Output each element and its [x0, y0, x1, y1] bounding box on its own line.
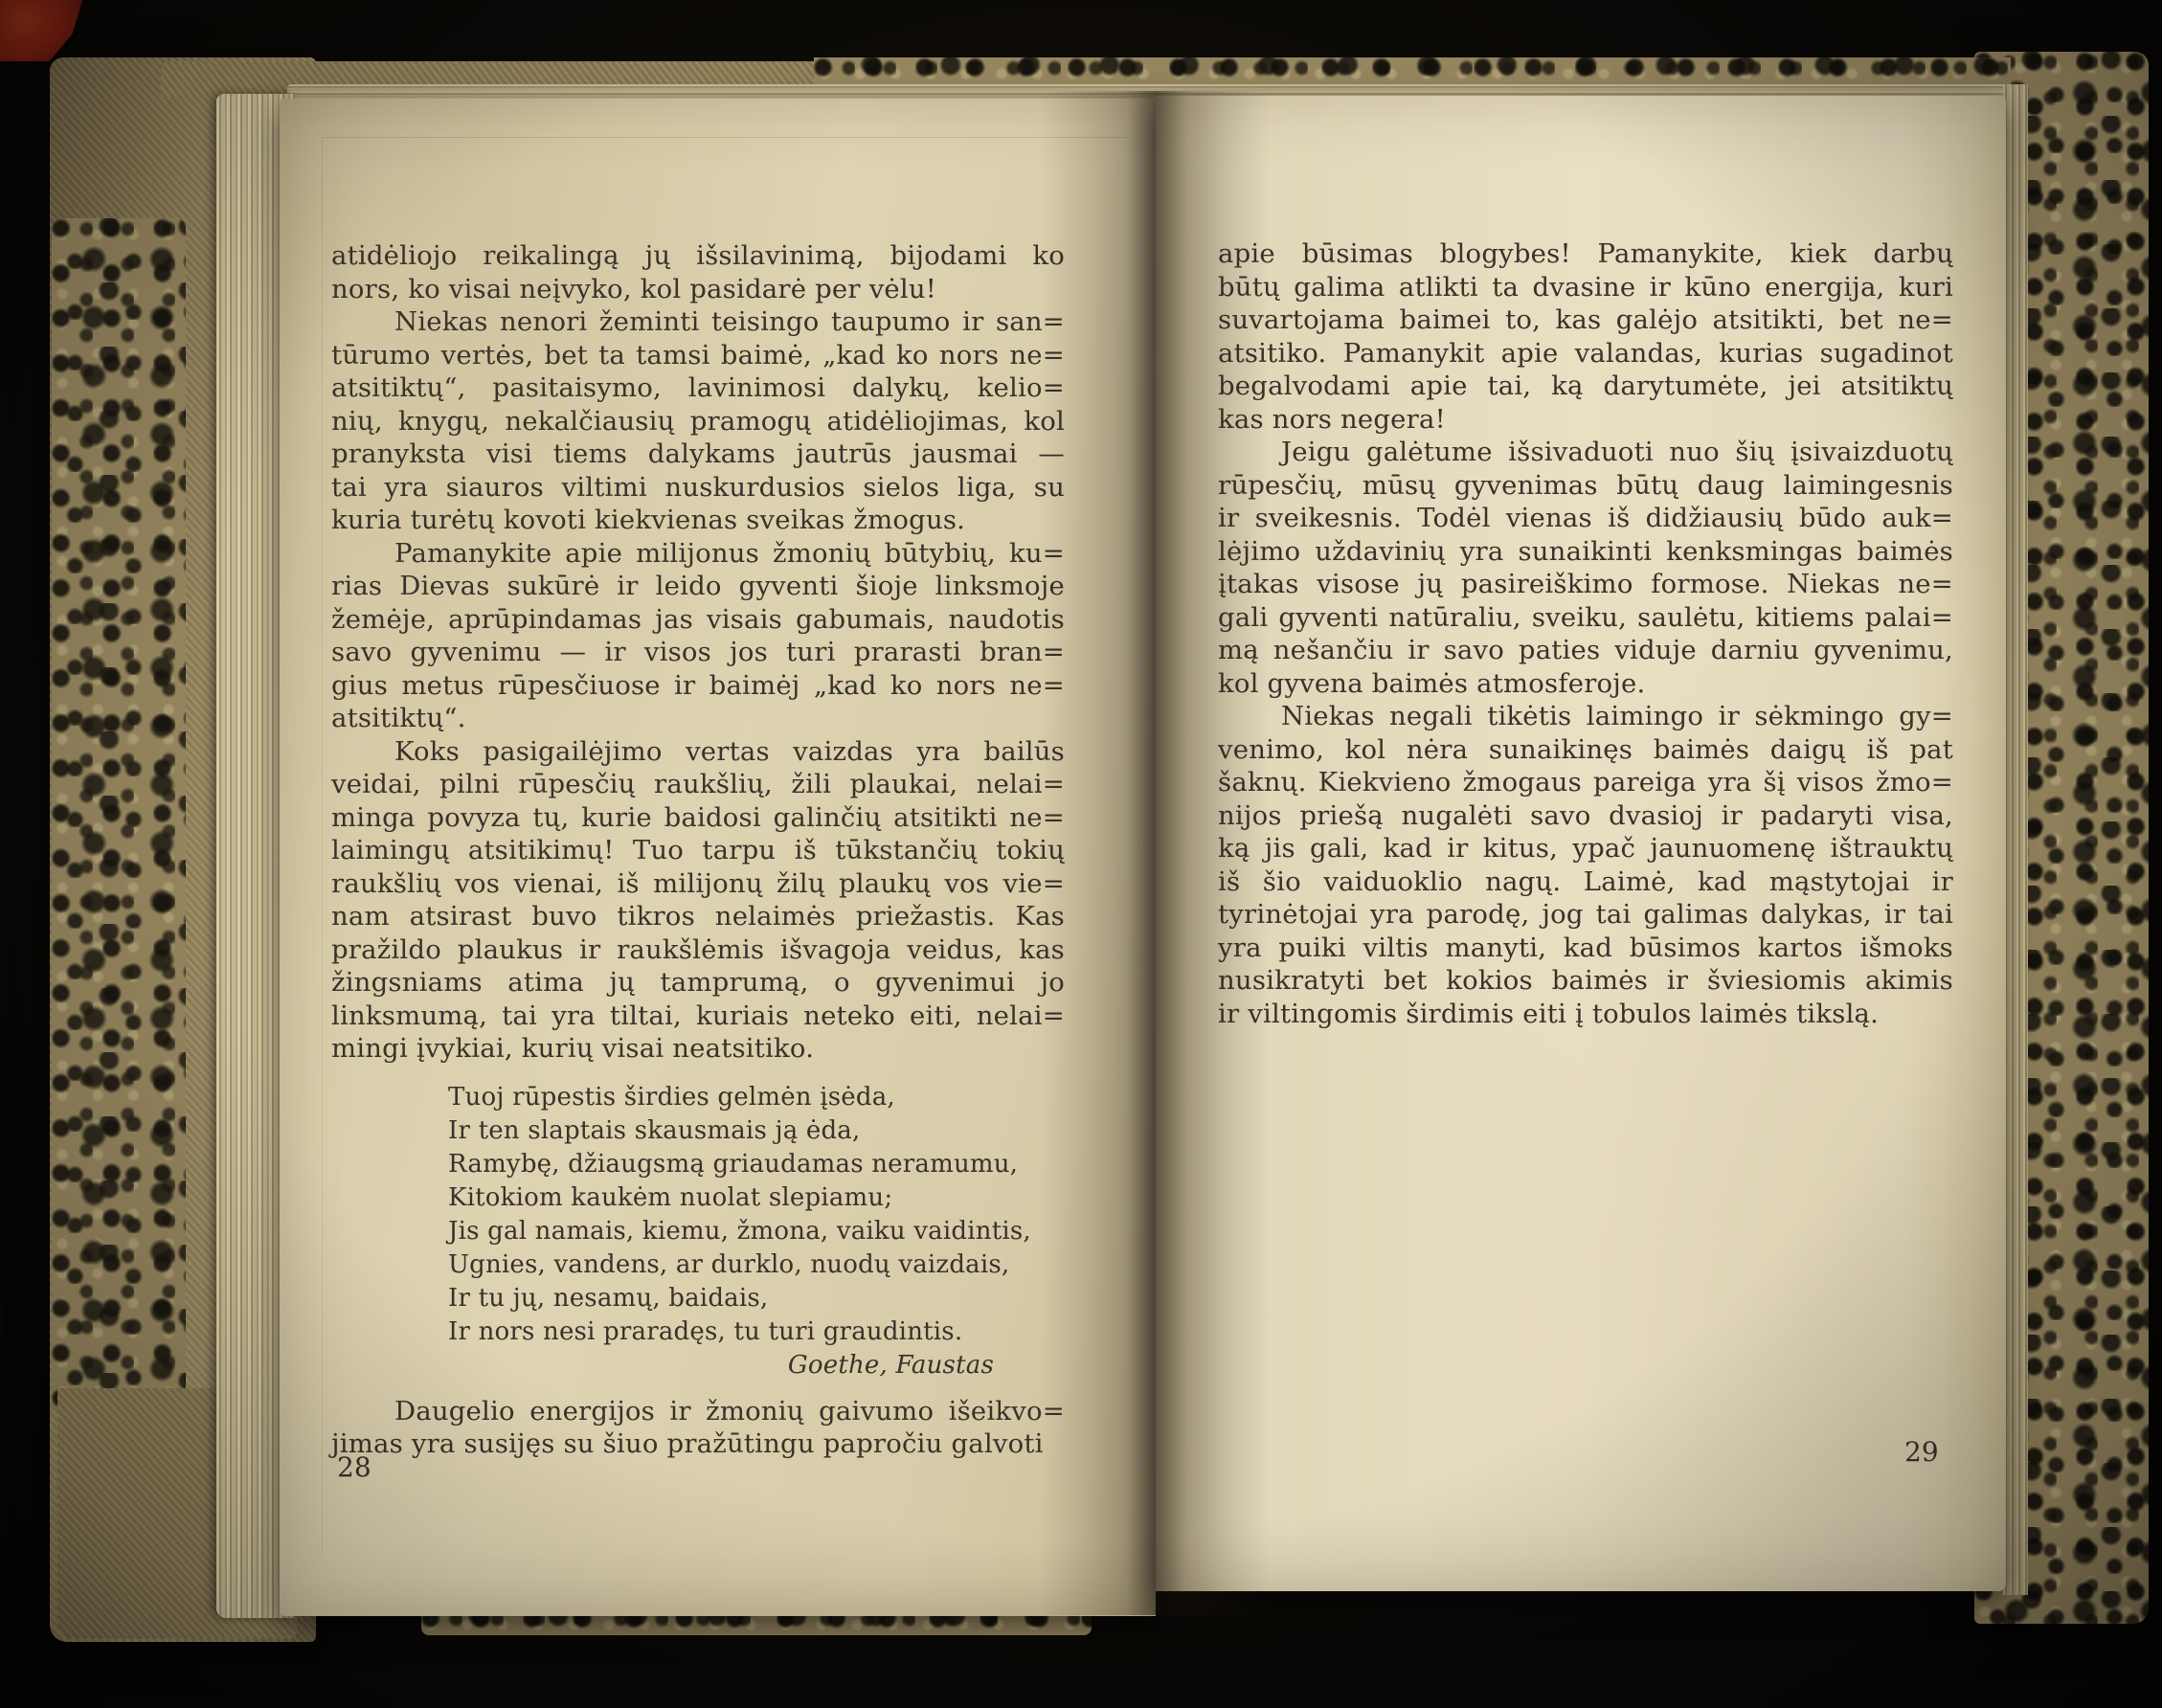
text-line: Daugelio energijos ir žmonių gaivumo iše… [331, 1395, 1065, 1428]
paragraph: apie būsimas blogybes! Pamanykite, kiek … [1218, 237, 1953, 436]
text-line: kas nors negera! [1218, 403, 1953, 437]
text-line: Niekas negali tikėtis laimingo ir sėkmin… [1218, 700, 1953, 733]
text-line: nių, knygų, nekalčiausių pramogų atidėli… [331, 405, 1065, 438]
paragraph: Daugelio energijos ir žmonių gaivumo iše… [331, 1395, 1065, 1461]
poem-line: Ir nors nesi praradęs, tu turi graudinti… [448, 1315, 1065, 1349]
text-line: pražildo plaukus ir raukšlėmis išvagoja … [331, 933, 1065, 967]
left-page-closing-paragraph: Daugelio energijos ir žmonių gaivumo iše… [331, 1395, 1065, 1461]
poem-line: Ramybę, džiaugsmą griaudamas neramumu, [448, 1148, 1065, 1181]
page-stack-right-edge [2003, 84, 2028, 1595]
poem-line: Ir tu jų, nesamų, baidais, [448, 1282, 1065, 1315]
text-line: mingi įvykiai, kurių visai neatsitiko. [331, 1032, 1065, 1066]
text-line: ir viltingomis širdimis eiti į tobulos l… [1218, 998, 1953, 1031]
text-line: rūpesčių, mūsų gyvenimas būtų daug laimi… [1218, 469, 1953, 503]
poem-line: Jis gal namais, kiemu, žmona, vaiku vaid… [448, 1215, 1065, 1248]
text-line: gius metus rūpesčiuose ir baimėj „kad ko… [331, 669, 1065, 703]
poem-block: Tuoj rūpestis širdies gelmėn įsėda,Ir te… [448, 1081, 1065, 1349]
text-line: laimingų atsitikimų! Tuo tarpu iš tūksta… [331, 834, 1065, 867]
text-line: linksmumą, tai yra tiltai, kuriais netek… [331, 1000, 1065, 1033]
text-line: Pamanykite apie milijonus žmonių būtybių… [331, 537, 1065, 571]
text-line: kol gyvena baimės atmosferoje. [1218, 667, 1953, 701]
text-line: rias Dievas sukūrė ir leido gyventi šioj… [331, 570, 1065, 603]
text-line: minga povyza tų, kurie baidosi galinčių … [331, 801, 1065, 835]
text-line: apie būsimas blogybes! Pamanykite, kiek … [1218, 237, 1953, 271]
text-line: žingsniams atima jų tamprumą, o gyvenimu… [331, 966, 1065, 1000]
text-line: nors, ko visai neįvyko, kol pasidarė per… [331, 273, 1065, 306]
text-line: atsitiko. Pamanykit apie valandas, kuria… [1218, 337, 1953, 371]
page-number-left: 28 [337, 1451, 372, 1483]
text-line: jimas yra susijęs su šiuo pražūtingu pap… [331, 1427, 1065, 1461]
text-line: nijos priešą nugalėti savo dvasioj ir pa… [1218, 799, 1953, 833]
text-line: tai yra siauros viltimi nuskurdusios sie… [331, 471, 1065, 505]
poem-line: Tuoj rūpestis širdies gelmėn įsėda, [448, 1081, 1065, 1114]
text-line: tūrumo vertės, bet ta tamsi baimė, „kad … [331, 339, 1065, 372]
text-line: begalvodami apie tai, ką darytumėte, jei… [1218, 370, 1953, 403]
text-line: gali gyventi natūraliu, sveiku, saulėtu,… [1218, 601, 1953, 635]
right-page: apie būsimas blogybes! Pamanykite, kiek … [1156, 96, 2006, 1591]
text-line: nusikratyti bet kokios baimės ir šviesio… [1218, 964, 1953, 998]
text-line: savo gyvenimu — ir visos jos turi praras… [331, 636, 1065, 669]
right-page-text: apie būsimas blogybes! Pamanykite, kiek … [1218, 237, 1953, 1030]
red-cloth-top-mark [975, 0, 1030, 54]
left-page-text: atidėliojo reikalingą jų išsilavinimą, b… [331, 239, 1065, 1461]
text-line: įtakas visose jų pasireiškimo formose. N… [1218, 568, 1953, 601]
text-line: tyrinėtojai yra parodę, jog tai galimas … [1218, 898, 1953, 932]
text-line: ir sveikesnis. Todėl vienas iš didžiausi… [1218, 502, 1953, 535]
poem-line: Kitokiom kaukėm nuolat slepiamu; [448, 1181, 1065, 1215]
text-line: suvartojama baimei to, kas galėjo atsiti… [1218, 303, 1953, 337]
text-line: šaknų. Kiekvieno žmogaus pareiga yra šį … [1218, 766, 1953, 799]
paragraph: atidėliojo reikalingą jų išsilavinimą, b… [331, 239, 1065, 305]
right-page-paragraphs: apie būsimas blogybes! Pamanykite, kiek … [1218, 237, 1953, 1030]
text-line: Niekas nenori žeminti teisingo taupumo i… [331, 305, 1065, 339]
poem-line: Ugnies, vandens, ar durklo, nuodų vaizda… [448, 1248, 1065, 1282]
text-line: Jeigu galėtume išsivaduoti nuo šių įsiva… [1218, 436, 1953, 469]
text-line: yra puiki viltis manyti, kad būsimos kar… [1218, 932, 1953, 965]
text-line: žemėje, aprūpindamas jas visais gabumais… [331, 603, 1065, 637]
text-line: atsitiktų“. [331, 702, 1065, 735]
page-number-right: 29 [1904, 1436, 1939, 1468]
red-cloth-corner [0, 0, 82, 61]
text-line: iš šio vaiduoklio nagų. Laimė, kad mąsty… [1218, 865, 1953, 899]
text-line: kuria turėtų kovoti kiekvienas sveikas ž… [331, 504, 1065, 537]
text-line: atsitiktų“, pasitaisymo, lavinimosi daly… [331, 371, 1065, 405]
left-page: atidėliojo reikalingą jų išsilavinimą, b… [280, 99, 1156, 1616]
poem-line: Ir ten slaptais skausmais ją ėda, [448, 1114, 1065, 1148]
text-line: venimo, kol nėra sunaikinęs baimės daigų… [1218, 733, 1953, 767]
text-line: mą nešančiu ir savo paties viduje darniu… [1218, 634, 1953, 667]
book-cover-left-marbling [52, 218, 186, 1410]
text-line: lėjimo uždavinių yra sunaikinti kenksmin… [1218, 535, 1953, 569]
paragraph: Koks pasigailėjimo vertas vaizdas yra ba… [331, 735, 1065, 1066]
text-line: būtų galima atlikti ta dvasine ir kūno e… [1218, 271, 1953, 304]
text-line: raukšlių vos vienai, iš milijonų žilų pl… [331, 867, 1065, 901]
paragraph: Niekas nenori žeminti teisingo taupumo i… [331, 305, 1065, 537]
poem-attribution: Goethe, Faustas [331, 1349, 1065, 1382]
text-line: atidėliojo reikalingą jų išsilavinimą, b… [331, 239, 1065, 273]
text-line: pranyksta visi tiems dalykams jautrūs ja… [331, 438, 1065, 471]
paragraph: Jeigu galėtume išsivaduoti nuo šių įsiva… [1218, 436, 1953, 700]
text-line: Koks pasigailėjimo vertas vaizdas yra ba… [331, 735, 1065, 769]
book-photo: atidėliojo reikalingą jų išsilavinimą, b… [0, 0, 2162, 1708]
paragraph: Pamanykite apie milijonus žmonių būtybių… [331, 537, 1065, 735]
text-line: veidai, pilni rūpesčių raukšlių, žili pl… [331, 768, 1065, 801]
paragraph: Niekas negali tikėtis laimingo ir sėkmin… [1218, 700, 1953, 1030]
left-page-paragraphs: atidėliojo reikalingą jų išsilavinimą, b… [331, 239, 1065, 1066]
text-line: ką jis gali, kad ir kitus, ypač jaunuome… [1218, 832, 1953, 865]
text-line: nam atsirast buvo tikros nelaimės prieža… [331, 900, 1065, 933]
